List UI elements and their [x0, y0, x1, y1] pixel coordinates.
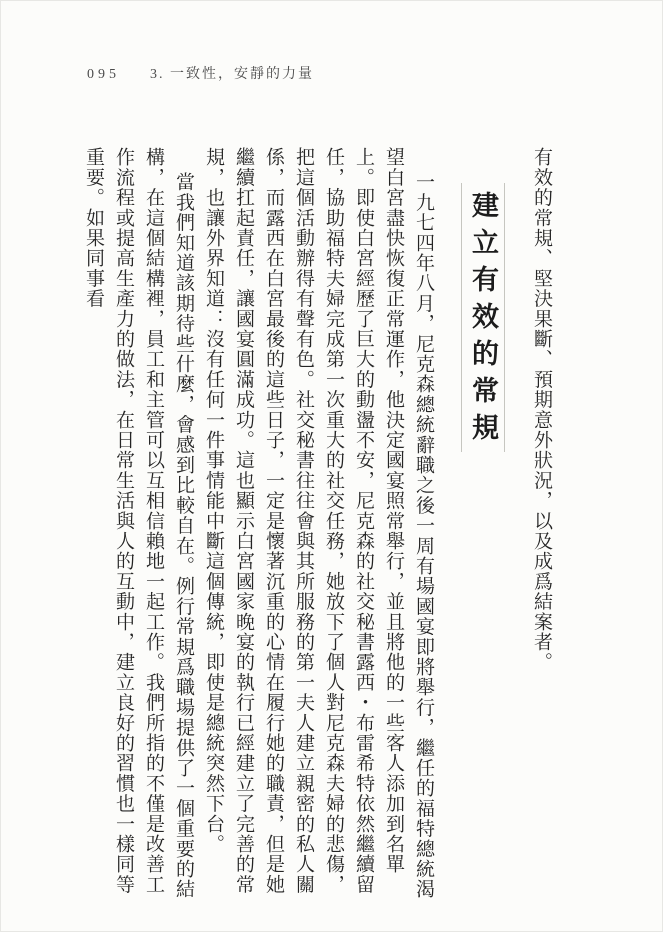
page-number: 095 [87, 67, 120, 82]
book-page: 0953. 一致性，安靜的力量 有效的常規、堅決果斷、預期意外狀況，以及成爲結案… [0, 0, 663, 932]
paragraph-1: 一九七四年八月，尼克森總統辭職之後一周有場國宴即將舉行，繼任的福特總統渴望白宮盡… [198, 147, 438, 909]
section-title-text: 建立有效的常規 [461, 183, 505, 452]
lead-quote: 有效的常規、堅決果斷、預期意外狀況，以及成爲結案者。 [526, 147, 556, 909]
running-header: 0953. 一致性，安靜的力量 [87, 63, 314, 83]
page-body: 有效的常規、堅決果斷、預期意外狀況，以及成爲結案者。 建立有效的常規 一九七四年… [78, 147, 556, 909]
section-title: 建立有效的常規 [460, 147, 506, 909]
paragraph-2: 當我們知道該期待些什麼，會感到比較自在。例行常規爲職場提供了一個重要的結構，在這… [78, 147, 198, 909]
chapter-title: 3. 一致性，安靜的力量 [150, 67, 314, 82]
